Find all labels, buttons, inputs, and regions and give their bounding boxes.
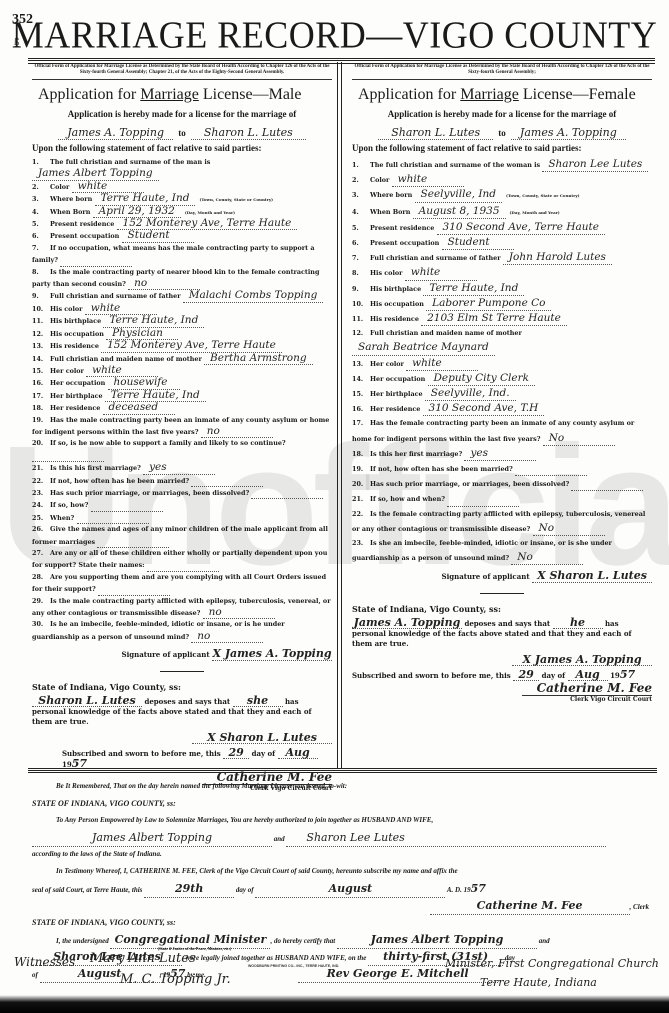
form-item: 6.Present occupation Student bbox=[352, 235, 652, 250]
day-of-text: day of bbox=[236, 886, 254, 894]
item-label: If so, how? bbox=[50, 501, 91, 509]
form-item: 11.His birthplace Terre Haute, Ind bbox=[32, 315, 332, 327]
license-parties: James Albert Topping and Sharon Lee Lute… bbox=[32, 829, 649, 846]
signature-label: Signature of applicant bbox=[122, 650, 210, 659]
item-value: white bbox=[392, 172, 464, 187]
item-label: Color bbox=[50, 183, 72, 191]
to-label: to bbox=[498, 128, 506, 138]
item-value: August 8, 1935 bbox=[413, 204, 506, 219]
item-hint: (Day, Month and Year) bbox=[185, 210, 235, 215]
form-item: 21.Is this his first marriage? yes bbox=[32, 462, 332, 474]
item-value bbox=[98, 583, 170, 595]
form-item: 16.Her occupation housewife bbox=[32, 377, 332, 389]
item-number: 2. bbox=[32, 182, 50, 193]
item-number: 18. bbox=[32, 403, 50, 414]
application-lead: Application is hereby made for a license… bbox=[352, 109, 652, 119]
item-number: 20. bbox=[32, 438, 50, 449]
deposes-text: deposes and says that bbox=[464, 619, 550, 628]
item-number: 9. bbox=[32, 291, 50, 302]
license-state-line: STATE OF INDIANA, VIGO COUNTY, ss: bbox=[32, 795, 649, 812]
form-item: 22.Is the female contracting party affli… bbox=[352, 507, 652, 536]
item-number: 3. bbox=[352, 188, 370, 202]
column-divider bbox=[337, 62, 342, 768]
officiant-line: I, the undersigned Congregational Minist… bbox=[32, 931, 649, 948]
item-value bbox=[60, 254, 132, 266]
item-number: 22. bbox=[352, 507, 370, 521]
authorization-text: To Any Person Empowered by Law to Solemn… bbox=[32, 812, 649, 829]
form-item: 13.Her color white bbox=[352, 356, 652, 371]
item-value: Student bbox=[442, 235, 514, 250]
item-value: white bbox=[406, 356, 478, 371]
item-number: 6. bbox=[32, 231, 50, 242]
deponent-signature: X James A. Topping bbox=[512, 655, 652, 666]
return-state-line: STATE OF INDIANA, VIGO COUNTY, ss: bbox=[32, 914, 649, 931]
item-number: 4. bbox=[352, 205, 370, 219]
item-number: 21. bbox=[352, 492, 370, 506]
item-number: 18. bbox=[352, 447, 370, 461]
item-value: Student bbox=[122, 230, 194, 242]
deponent-name: James A. Topping bbox=[352, 618, 462, 629]
item-value: No bbox=[511, 550, 583, 565]
statement-heading: Upon the following statement of fact rel… bbox=[352, 143, 652, 153]
item-label: Is this her first marriage? bbox=[370, 450, 464, 458]
parties-line: James A. Topping to Sharon L. Lutes bbox=[32, 121, 332, 140]
item-hint: (Town, County, State or Country) bbox=[199, 197, 273, 202]
title-text: Marriage bbox=[140, 86, 199, 103]
item-value bbox=[97, 536, 169, 548]
form-item: 5.Present residence 310 Second Ave, Terr… bbox=[352, 220, 652, 235]
item-value bbox=[91, 499, 163, 511]
item-value: Seelyville, Ind bbox=[415, 187, 502, 202]
item-value bbox=[77, 512, 149, 524]
item-number: 15. bbox=[352, 387, 370, 401]
item-value: no bbox=[203, 607, 275, 619]
form-item: 27.Are any or all of these children eith… bbox=[32, 548, 332, 572]
form-item: 5.Present residence 152 Monterey Ave, Te… bbox=[32, 218, 332, 230]
officiant-place: Terre Haute, Indiana bbox=[480, 976, 597, 989]
parties-line: Sharon L. Lutes to James A. Topping bbox=[352, 121, 652, 140]
item-number: 17. bbox=[32, 391, 50, 402]
female-signature-line: Signature of applicant X Sharon L. Lutes bbox=[352, 569, 652, 583]
form-item: 14.Her occupation Deputy City Clerk bbox=[352, 371, 652, 386]
item-label: Her color bbox=[370, 360, 406, 368]
sworn-month: Aug bbox=[568, 670, 608, 681]
form-item: 7.Full christian and surname of father J… bbox=[352, 250, 652, 265]
item-label: Has such prior marriage, or marriages, b… bbox=[50, 489, 251, 497]
form-item: 1.The full christian and surname of the … bbox=[352, 157, 652, 172]
item-number: 5. bbox=[352, 221, 370, 235]
item-number: 27. bbox=[32, 548, 50, 559]
form-item: 8.His color white bbox=[352, 265, 652, 280]
item-number: 12. bbox=[32, 329, 50, 340]
item-hint: (Town, County, State or Country) bbox=[506, 193, 580, 198]
female-application-title: Application for Marriage License—Female bbox=[358, 86, 652, 104]
form-item: 17.Her birthplace Terre Haute, Ind bbox=[32, 390, 332, 402]
item-number: 23. bbox=[352, 536, 370, 550]
item-value: white bbox=[405, 265, 477, 280]
item-value: Bertha Armstrong bbox=[204, 353, 313, 365]
item-number: 19. bbox=[32, 415, 50, 426]
item-label: Is this his first marriage? bbox=[50, 464, 143, 472]
form-item: 15.Her color white bbox=[32, 365, 332, 377]
item-number: 13. bbox=[352, 357, 370, 371]
item-label: When Born bbox=[50, 208, 93, 216]
ad-text: A. D. 19 bbox=[447, 886, 471, 894]
of-text: of bbox=[32, 971, 38, 979]
section-rule bbox=[480, 593, 524, 594]
item-label: Her residence bbox=[50, 404, 103, 412]
item-value: Sarah Beatrice Maynard bbox=[352, 340, 495, 355]
day-of-text: day of bbox=[542, 671, 566, 680]
item-value: Terre Haute, Ind bbox=[103, 315, 204, 327]
female-items: 1.The full christian and surname of the … bbox=[352, 157, 652, 565]
officiant-role: Minister, First Congregational Church bbox=[445, 957, 659, 970]
item-number: 3. bbox=[32, 194, 50, 205]
deponent-name: Sharon L. Lutes bbox=[32, 696, 142, 707]
state-line: State of Indiana, Vigo County, ss: bbox=[352, 604, 652, 614]
item-number: 16. bbox=[32, 378, 50, 389]
item-label: Her occupation bbox=[50, 379, 108, 387]
item-label: Full christian and surname of father bbox=[370, 254, 503, 262]
form-item: 20.If so, is he now able to support a fa… bbox=[32, 438, 332, 462]
item-label: Has such prior marriage, or marriages, b… bbox=[370, 480, 571, 488]
item-value: Terre Haute, Ind bbox=[423, 281, 524, 296]
deponent-signature: X Sharon L. Lutes bbox=[192, 733, 332, 744]
male-application: Official Form of Application for Marriag… bbox=[32, 64, 332, 792]
item-value: Seelyville, Ind. bbox=[425, 386, 516, 401]
license-clerk-signature: Catherine M. Fee bbox=[430, 897, 630, 915]
laws-text: according to the laws of the State of In… bbox=[32, 846, 649, 863]
section-rule bbox=[160, 671, 204, 672]
item-value: housewife bbox=[108, 377, 180, 389]
official-form-note: Official Form of Application for Marriag… bbox=[352, 64, 652, 80]
form-item: 30.Is he an imbecile, feeble-minded, idi… bbox=[32, 619, 332, 643]
item-label: Are you supporting them and are you comp… bbox=[32, 573, 326, 593]
item-value bbox=[571, 476, 643, 491]
form-item: 18.Her residence deceased bbox=[32, 402, 332, 414]
pronoun: she bbox=[233, 696, 283, 707]
item-value: 152 Monterey Ave, Terre Haute bbox=[101, 340, 282, 352]
item-label: His residence bbox=[50, 342, 101, 350]
form-item: 2.Color white bbox=[352, 172, 652, 187]
item-number: 17. bbox=[352, 416, 370, 430]
party1-name: James A. Topping bbox=[58, 126, 173, 140]
form-item: 20.Has such prior marriage, or marriages… bbox=[352, 476, 652, 491]
form-item: 16.Her residence 310 Second Ave, T.H bbox=[352, 401, 652, 416]
item-number: 5. bbox=[32, 219, 50, 230]
clerk-signature: Catherine M. Fee bbox=[537, 681, 652, 695]
knowledge-text: personal knowledge of the facts above st… bbox=[32, 707, 332, 727]
seal-year: 57 bbox=[471, 882, 486, 895]
testimony-text: In Testimony Whereof, I, CATHERINE M. FE… bbox=[32, 863, 649, 880]
sworn-month: Aug bbox=[278, 748, 318, 759]
item-number: 10. bbox=[32, 304, 50, 315]
form-item: 25.When? bbox=[32, 512, 332, 524]
subscribed-text: Subscribed and sworn to before me, this bbox=[352, 671, 511, 680]
form-item: 9.His birthplace Terre Haute, Ind bbox=[352, 281, 652, 296]
item-number: 4. bbox=[32, 207, 50, 218]
seal-day: 29th bbox=[144, 880, 234, 898]
item-label: His residence bbox=[370, 315, 421, 323]
item-label: Present occupation bbox=[50, 232, 122, 240]
item-value: deceased bbox=[103, 402, 175, 414]
item-value: yes bbox=[143, 462, 215, 474]
item-label: His color bbox=[370, 269, 405, 277]
seal-text: seal of said Court, at Terre Haute, this bbox=[32, 886, 142, 894]
party1-name: Sharon L. Lutes bbox=[378, 126, 493, 140]
form-item: 11.His residence 2103 Elm St Terre Haute bbox=[352, 311, 652, 326]
form-item: 3.Where born Terre Haute, Ind(Town, Coun… bbox=[32, 193, 332, 205]
item-number: 22. bbox=[32, 476, 50, 487]
male-signature: X James A. Topping bbox=[212, 647, 332, 661]
item-value bbox=[515, 461, 587, 476]
form-item: 23.Is she an imbecile, feeble-minded, id… bbox=[352, 536, 652, 565]
form-item: 19.If not, how often has she been marrie… bbox=[352, 461, 652, 476]
item-value: James Albert Topping bbox=[32, 168, 159, 180]
item-value: No bbox=[533, 521, 605, 536]
item-value bbox=[447, 491, 519, 506]
item-number: 9. bbox=[352, 282, 370, 296]
item-value bbox=[32, 450, 104, 462]
form-item: 10.His occupation Laborer Pumpone Co bbox=[352, 296, 652, 311]
day-of-text: day of bbox=[252, 749, 276, 758]
item-number: 19. bbox=[352, 462, 370, 476]
item-label: Her color bbox=[50, 367, 86, 375]
form-item: 13.His residence 152 Monterey Ave, Terre… bbox=[32, 340, 332, 352]
sworn-year: 57 bbox=[620, 668, 635, 681]
item-label: His birthplace bbox=[370, 285, 423, 293]
form-item: 6.Present occupation Student bbox=[32, 230, 332, 242]
item-label: His occupation bbox=[50, 330, 106, 338]
item-label: Present occupation bbox=[370, 239, 442, 247]
item-number: 28. bbox=[32, 572, 50, 583]
item-value: 310 Second Ave, T.H bbox=[423, 401, 545, 416]
item-value: John Harold Lutes bbox=[503, 250, 612, 265]
pronoun: he bbox=[553, 618, 603, 629]
joined-text: , were legally joined together as HUSBAN… bbox=[182, 954, 366, 962]
clerk-label: , Clerk bbox=[630, 903, 649, 911]
item-label: If not, how often has she been married? bbox=[370, 465, 515, 473]
clerk-title: Clerk Vigo Circuit Court bbox=[522, 695, 652, 703]
item-label: Her residence bbox=[370, 405, 423, 413]
item-number: 11. bbox=[32, 316, 50, 327]
item-number: 23. bbox=[32, 488, 50, 499]
title-text: License—Female bbox=[519, 86, 636, 103]
item-label: Is the male contracting party afflicted … bbox=[32, 597, 331, 617]
item-value: 310 Second Ave, Terre Haute bbox=[437, 220, 605, 235]
signature-label: Signature of applicant bbox=[442, 572, 530, 581]
form-item: 29.Is the male contracting party afflict… bbox=[32, 596, 332, 620]
marriage-record-page: Unofficial 352 ß MARRIAGE RECORD—VIGO CO… bbox=[0, 0, 669, 1013]
item-value bbox=[251, 487, 323, 499]
female-affidavit: State of Indiana, Vigo County, ss: James… bbox=[352, 604, 652, 703]
item-label: When? bbox=[50, 514, 77, 522]
item-value: Malachi Combs Topping bbox=[183, 290, 324, 302]
male-affidavit: State of Indiana, Vigo County, ss: Sharo… bbox=[32, 682, 332, 792]
item-number: 30. bbox=[32, 619, 50, 630]
item-number: 6. bbox=[352, 236, 370, 250]
item-number: 8. bbox=[32, 267, 50, 278]
item-label: If so, is he now able to support a famil… bbox=[50, 439, 286, 447]
item-number: 26. bbox=[32, 524, 50, 535]
title-text: Marriage bbox=[460, 86, 519, 103]
item-number: 14. bbox=[32, 354, 50, 365]
item-number: 13. bbox=[32, 341, 50, 352]
item-number: 12. bbox=[352, 326, 370, 340]
item-value: no bbox=[201, 426, 273, 438]
license-groom: James Albert Topping bbox=[32, 829, 272, 847]
form-item: 9.Full christian and surname of father M… bbox=[32, 290, 332, 302]
deposes-text: deposes and says that bbox=[144, 697, 230, 706]
item-value bbox=[191, 475, 263, 487]
statement-heading: Upon the following statement of fact rel… bbox=[32, 143, 332, 153]
item-label: His birthplace bbox=[50, 317, 103, 325]
certify-text: , do hereby certify that bbox=[270, 937, 335, 945]
item-number: 10. bbox=[352, 297, 370, 311]
form-item: 4.When Born August 8, 1935(Day, Month an… bbox=[352, 204, 652, 220]
form-item: 8.Is the male contracting party of neare… bbox=[32, 267, 332, 291]
female-application: Official Form of Application for Marriag… bbox=[352, 64, 652, 703]
item-value: Laborer Pumpone Co bbox=[426, 296, 551, 311]
item-number: 29. bbox=[32, 596, 50, 607]
form-item: 15.Her birthplace Seelyville, Ind. bbox=[352, 386, 652, 401]
item-number: 7. bbox=[352, 251, 370, 265]
form-item: 28.Are you supporting them and are you c… bbox=[32, 572, 332, 596]
item-number: 1. bbox=[352, 158, 370, 172]
seal-month: August bbox=[255, 880, 445, 898]
item-value: no bbox=[191, 631, 263, 643]
witness-1: Mary Ann Lutes bbox=[90, 951, 196, 966]
return-groom: James Albert Topping bbox=[337, 931, 537, 949]
witness-2: M. C. Topping Jr. bbox=[120, 972, 231, 987]
item-value bbox=[147, 559, 219, 571]
sworn-day: 29 bbox=[223, 748, 249, 759]
item-hint: (Day, Month and Year) bbox=[510, 210, 560, 215]
item-number: 24. bbox=[32, 500, 50, 511]
item-label: Present residence bbox=[50, 220, 117, 228]
form-item: 14.Full christian and maiden name of mot… bbox=[32, 353, 332, 365]
state-line: State of Indiana, Vigo County, ss: bbox=[32, 682, 332, 692]
form-item: 22.If not, how often has he been married… bbox=[32, 475, 332, 487]
item-label: Her birthplace bbox=[50, 392, 105, 400]
item-label: His color bbox=[50, 305, 85, 313]
and-text: and bbox=[539, 937, 550, 945]
form-item: 24.If so, how? bbox=[32, 499, 332, 511]
license-bride: Sharon Lee Lutes bbox=[286, 829, 606, 847]
page-title: MARRIAGE RECORD—VIGO COUNTY bbox=[0, 13, 669, 57]
item-label: If not, how often has he been married? bbox=[50, 477, 191, 485]
and-text: and bbox=[274, 835, 285, 843]
item-label: Her occupation bbox=[370, 375, 428, 383]
item-label: The full christian and surname of the ma… bbox=[50, 158, 210, 166]
form-item: 21.If so, how and when? bbox=[352, 491, 652, 506]
certificate-rule bbox=[28, 768, 657, 773]
item-number: 14. bbox=[352, 372, 370, 386]
item-label: Has the male contracting party been an i… bbox=[32, 416, 329, 436]
item-label: His occupation bbox=[370, 300, 426, 308]
application-lead: Application is hereby made for a license… bbox=[32, 109, 332, 119]
knowledge-text: personal knowledge of the facts above st… bbox=[352, 629, 652, 649]
item-value: Deputy City Clerk bbox=[428, 371, 535, 386]
item-value: Sharon Lee Lutes bbox=[542, 157, 648, 172]
form-item: 7.If no occupation, what means has the m… bbox=[32, 243, 332, 267]
item-number: 11. bbox=[352, 312, 370, 326]
seal-line: seal of said Court, at Terre Haute, this… bbox=[32, 880, 649, 897]
item-number: 20. bbox=[352, 477, 370, 491]
item-value: Terre Haute, Ind bbox=[95, 193, 196, 205]
page-edge-shadow bbox=[0, 995, 669, 1013]
undersigned-text: I, the undersigned bbox=[56, 937, 109, 945]
male-items: 1.The full christian and surname of the … bbox=[32, 157, 332, 643]
item-value: 2103 Elm St Terre Haute bbox=[421, 311, 567, 326]
item-label: Full christian and surname of father bbox=[50, 292, 183, 300]
item-number: 7. bbox=[32, 243, 50, 254]
sworn-day: 29 bbox=[513, 670, 539, 681]
item-number: 2. bbox=[352, 173, 370, 187]
title-text: License—Male bbox=[199, 86, 302, 103]
item-number: 15. bbox=[32, 366, 50, 377]
male-application-title: Application for Marriage License—Male bbox=[38, 86, 332, 104]
form-item: 26.Give the names and ages of any minor … bbox=[32, 524, 332, 548]
item-label: The full christian and surname of the wo… bbox=[370, 161, 542, 169]
form-item: 12.Full christian and maiden name of mot… bbox=[352, 326, 652, 355]
remembered-text: Be It Remembered, That on the day herein… bbox=[32, 778, 649, 795]
has-text: has bbox=[605, 619, 619, 628]
item-label: When Born bbox=[370, 208, 413, 216]
item-label: Where born bbox=[370, 191, 415, 199]
item-value: No bbox=[543, 431, 615, 446]
item-label: Where born bbox=[50, 195, 95, 203]
item-label: Full christian and maiden name of mother bbox=[370, 329, 522, 337]
male-signature-line: Signature of applicant X James A. Toppin… bbox=[32, 647, 332, 661]
form-item: 1.The full christian and surname of the … bbox=[32, 157, 332, 181]
witnesses-label: Witnesses bbox=[14, 955, 75, 969]
item-label: Present residence bbox=[370, 224, 437, 232]
item-label: Full christian and maiden name of mother bbox=[50, 355, 204, 363]
title-text: Application for bbox=[358, 86, 460, 103]
female-signature: X Sharon L. Lutes bbox=[532, 569, 652, 583]
to-label: to bbox=[178, 128, 186, 138]
item-value: yes bbox=[464, 446, 536, 461]
has-text: has bbox=[285, 697, 299, 706]
form-item: 3.Where born Seelyville, Ind(Town, Count… bbox=[352, 187, 652, 203]
printer-imprint: WOODBURN PRINTING CO.- INC., TERRE HAUTE… bbox=[248, 964, 339, 968]
official-form-note: Official Form of Application for Marriag… bbox=[32, 64, 332, 80]
clerk-line: Catherine M. Fee, Clerk bbox=[32, 897, 649, 914]
item-number: 21. bbox=[32, 463, 50, 474]
item-number: 8. bbox=[352, 266, 370, 280]
item-number: 25. bbox=[32, 513, 50, 524]
form-item: 17.Has the female contracting party been… bbox=[352, 416, 652, 445]
party2-name: James A. Topping bbox=[511, 126, 626, 140]
item-label: If so, how and when? bbox=[370, 495, 447, 503]
form-item: 23.Has such prior marriage, or marriages… bbox=[32, 487, 332, 499]
item-number: 16. bbox=[352, 402, 370, 416]
item-label: Give the names and ages of any minor chi… bbox=[32, 525, 328, 545]
item-label: Color bbox=[370, 176, 392, 184]
year-prefix: 19 bbox=[610, 671, 620, 680]
title-text: Application for bbox=[38, 86, 140, 103]
form-item: 18.Is this her first marriage? yes bbox=[352, 446, 652, 461]
item-label: Her birthplace bbox=[370, 390, 425, 398]
form-item: 19.Has the male contracting party been a… bbox=[32, 415, 332, 439]
party2-name: Sharon L. Lutes bbox=[191, 126, 306, 140]
